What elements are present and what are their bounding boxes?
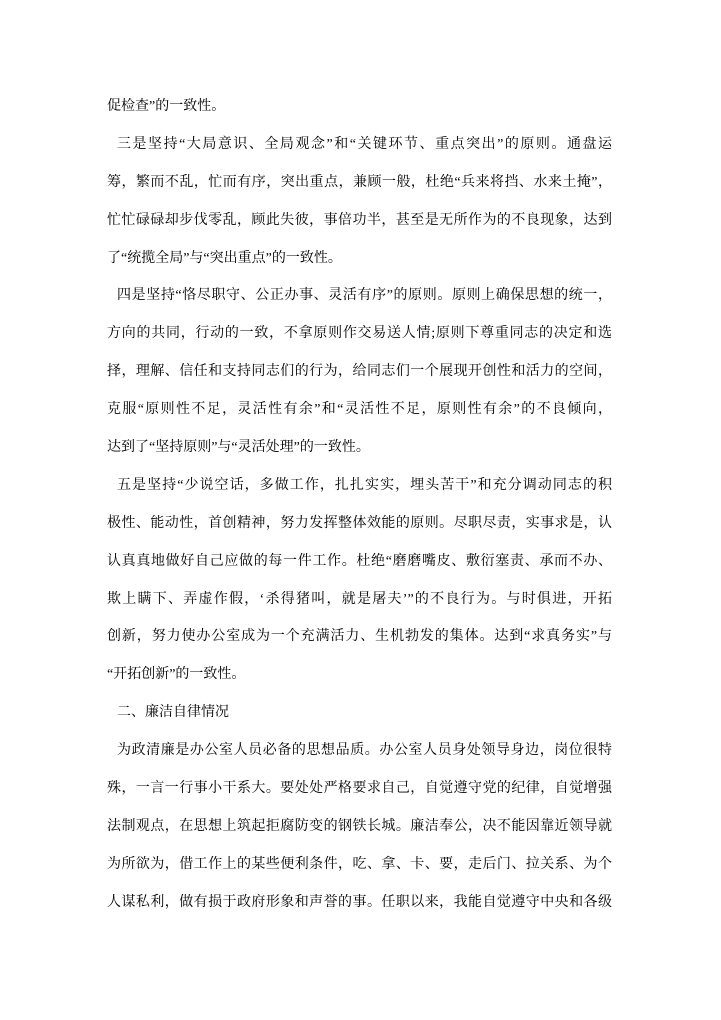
paragraph: 促检查”的一致性。 (107, 88, 612, 126)
text-line: 促检查”的一致性。 (107, 88, 612, 126)
text-line: 认真真地做好自己应做的每一件工作。杜绝“磨磨嘴皮、敷衍塞责、承而不办、 (107, 543, 612, 581)
text-line: 五是坚持“少说空话，多做工作，扎扎实实，埋头苦干”和充分调动同志的积 (107, 467, 612, 505)
paragraph: 三是坚持“大局意识、全局观念”和“关键环节、重点突出”的原则。通盘运筹，繁而不乱… (107, 126, 612, 278)
text-line: 为所欲为，借工作上的某些便利条件，吃、拿、卡、要，走后门、拉关系、为个 (107, 846, 612, 884)
document-body: 促检查”的一致性。三是坚持“大局意识、全局观念”和“关键环节、重点突出”的原则。… (107, 88, 612, 922)
document-page: 促检查”的一致性。三是坚持“大局意识、全局观念”和“关键环节、重点突出”的原则。… (0, 0, 721, 1020)
text-line: 人谋私利，做有损于政府形象和声誉的事。任职以来，我能自觉遵守中央和各级 (107, 884, 612, 922)
text-line: 极性、能动性，首创精神，努力发挥整体效能的原则。尽职尽责，实事求是，认 (107, 505, 612, 543)
section-heading: 二、廉洁自律情况 (107, 694, 612, 732)
text-line: 筹，繁而不乱，忙而有序，突出重点，兼顾一般，杜绝“兵来将挡、水来土掩”， (107, 164, 612, 202)
text-line: 忙忙碌碌却步伐零乱，顾此失彼，事倍功半，甚至是无所作为的不良现象，达到 (107, 202, 612, 240)
text-line: 方向的共同，行动的一致，不拿原则作交易送人情;原则下尊重同志的决定和选 (107, 315, 612, 353)
text-line: 三是坚持“大局意识、全局观念”和“关键环节、重点突出”的原则。通盘运 (107, 126, 612, 164)
paragraph: 为政清廉是办公室人员必备的思想品质。办公室人员身处领导身边，岗位很特殊，一言一行… (107, 732, 612, 921)
text-line: 克服“原则性不足，灵活性有余”和“灵活性不足，原则性有余”的不良倾向， (107, 391, 612, 429)
paragraph: 四是坚持“恪尽职守、公正办事、灵活有序”的原则。原则上确保思想的统一，方向的共同… (107, 277, 612, 466)
text-line: 达到了“坚持原则”与“灵活处理”的一致性。 (107, 429, 612, 467)
text-line: 创新，努力使办公室成为一个充满活力、生机勃发的集体。达到“求真务实”与 (107, 618, 612, 656)
text-line: 殊，一言一行事小干系大。要处处严格要求自己，自觉遵守党的纪律，自觉增强 (107, 770, 612, 808)
text-line: 欺上瞒下、弄虚作假，‘杀得猪叫，就是屠夫’”的不良行为。与时俱进，开拓 (107, 581, 612, 619)
text-line: 法制观点，在思想上筑起拒腐防变的钢铁长城。廉洁奉公，决不能因靠近领导就 (107, 808, 612, 846)
text-line: 了“统揽全局”与“突出重点”的一致性。 (107, 240, 612, 278)
text-line: 四是坚持“恪尽职守、公正办事、灵活有序”的原则。原则上确保思想的统一， (107, 277, 612, 315)
text-line: 择，理解、信任和支持同志们的行为，给同志们一个展现开创性和活力的空间， (107, 353, 612, 391)
text-line: 为政清廉是办公室人员必备的思想品质。办公室人员身处领导身边，岗位很特 (107, 732, 612, 770)
text-line: 二、廉洁自律情况 (107, 694, 612, 732)
paragraph: 五是坚持“少说空话，多做工作，扎扎实实，埋头苦干”和充分调动同志的积极性、能动性… (107, 467, 612, 694)
text-line: “开拓创新”的一致性。 (107, 656, 612, 694)
